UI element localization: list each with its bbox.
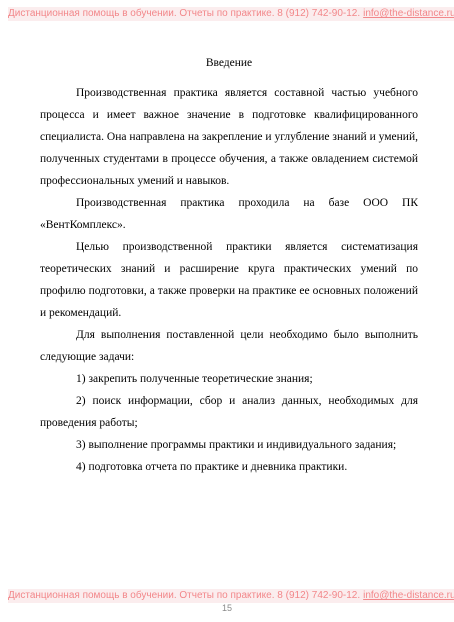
document-title: Введение (40, 52, 418, 74)
paragraph: Целью производственной практики является… (40, 236, 418, 324)
list-item: 3) выполнение программы практики и индив… (40, 434, 418, 456)
document-page: Дистанционная помощь в обучении. Отчеты … (0, 0, 454, 622)
paragraph: Производственная практика проходила на б… (40, 192, 418, 236)
list-item: 2) поиск информации, сбор и анализ данны… (40, 390, 418, 434)
paragraph: Производственная практика является соста… (40, 82, 418, 192)
header-promo-highlight: Дистанционная помощь в обучении. Отчеты … (8, 7, 454, 21)
document-body: Введение Производственная практика являе… (40, 52, 418, 478)
page-number: 15 (0, 603, 454, 613)
list-item: 4) подготовка отчета по практике и дневн… (40, 456, 418, 478)
header-promo-text: Дистанционная помощь в обучении. Отчеты … (8, 8, 360, 19)
header-promo-banner: Дистанционная помощь в обучении. Отчеты … (8, 6, 450, 21)
footer-promo-highlight: Дистанционная помощь в обучении. Отчеты … (8, 589, 454, 603)
footer-promo-text: Дистанционная помощь в обучении. Отчеты … (8, 590, 360, 601)
footer-promo-banner: Дистанционная помощь в обучении. Отчеты … (8, 588, 450, 603)
footer-email-link[interactable]: info@the-distance.ru (363, 590, 454, 601)
header-email-link[interactable]: info@the-distance.ru (363, 8, 454, 19)
list-item: 1) закрепить полученные теоретические зн… (40, 368, 418, 390)
paragraph: Для выполнения поставленной цели необход… (40, 324, 418, 368)
